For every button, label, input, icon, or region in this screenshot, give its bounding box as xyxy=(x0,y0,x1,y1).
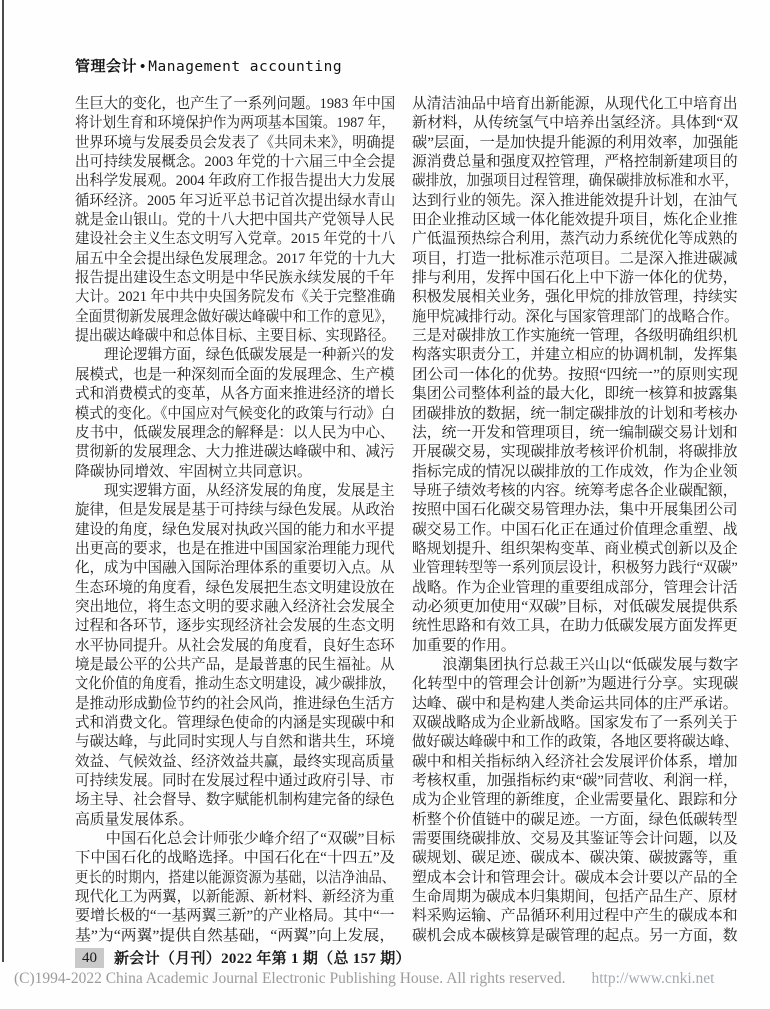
text-line: 可持续发展。同时在发展过程中通过政府引导、市 xyxy=(75,772,395,791)
text-line: 料采购运输、产品循环利用过程中产生的碳成本和 xyxy=(412,907,738,926)
text-line: 广低温预热综合利用，蒸汽动力系统优化等成熟的 xyxy=(412,230,738,249)
text-line: 模式的变化。《中国应对气候变化的政策与行动》白 xyxy=(75,405,395,424)
text-line: 做好碳达峰碳中和工作的政策，各地区要将碳达峰、 xyxy=(412,733,738,752)
text-line: 需要围绕碳排放、交易及其鉴证等会计问题，以及 xyxy=(412,830,738,849)
text-line: 导班子绩效考核的内容。统筹考虑各企业碳配额， xyxy=(412,482,738,501)
journal-page: 管理会计•Management accounting 生巨大的变化，也产生了一系… xyxy=(0,0,770,1009)
text-line: 积极发展相关业务，强化甲烷的排放管理，持续实 xyxy=(412,288,738,307)
text-line: 动必须更加使用“双碳”目标，对低碳发展提供系 xyxy=(412,598,738,617)
section-header: 管理会计•Management accounting xyxy=(75,55,715,76)
text-line: 水平协同提升。从社会发展的角度看，良好生态环 xyxy=(75,637,395,656)
text-line: 团公司一体化的优势。按照“四统一”的原则实现 xyxy=(412,366,738,385)
text-line: 效益、气候效益、经济效益共赢，最终实现高质量 xyxy=(75,753,395,772)
text-line: 新材料，从传统氢气中培养出氢经济。具体到“双 xyxy=(412,114,738,133)
text-line: 下中国石化的战略选择。中国石化在“十四五”及 xyxy=(75,849,395,868)
text-line: 浪潮集团执行总裁王兴山以“低碳发展与数字 xyxy=(412,656,738,675)
text-line: 生巨大的变化，也产生了一系列问题。1983 年中国 xyxy=(75,95,395,114)
text-line: 场主导、社会督导、数字赋能机制构建完备的绿色 xyxy=(75,791,395,810)
text-line: 从清洁油品中培育出新能源，从现代化工中培育出 xyxy=(412,95,738,114)
text-line: 境是最公平的公共产品，是最普惠的民生福祉。从 xyxy=(75,656,395,675)
text-line: 突出地位，将生态文明的要求融入经济社会发展全 xyxy=(75,598,395,617)
page-left-rule xyxy=(2,0,4,962)
text-line: 化转型中的管理会计创新”为题进行分享。实现碳 xyxy=(412,675,738,694)
text-line: 统性思路和有效工具，在助力低碳发展方面发挥更 xyxy=(412,617,738,636)
journal-issue-info: 新会计（月刊）2022 年第 1 期（总 157 期） xyxy=(114,947,411,968)
text-line: 按照中国石化碳交易管理办法，集中开展集团公司 xyxy=(412,501,738,520)
text-line: 碳规划、碳足迹、碳成本、碳决策、碳披露等，重 xyxy=(412,849,738,868)
text-line: 略规划提升、组织架构变革、商业模式创新以及企 xyxy=(412,540,738,559)
text-line: 建设的角度，绿色发展对执政兴国的能力和水平提 xyxy=(75,521,395,540)
text-line: 中国石化总会计师张少峰介绍了“双碳”目标 xyxy=(75,830,395,849)
text-line: 法，统一开发和管理项目，统一编制碳交易计划和 xyxy=(412,424,738,443)
page-footer: 40 新会计（月刊）2022 年第 1 期（总 157 期） xyxy=(75,947,715,968)
text-line: 指标完成的情况以碳排放的工作成效，作为企业领 xyxy=(412,463,738,482)
text-line: 是推动形成勤俭节约的社会风尚，推进绿色生活方 xyxy=(75,695,395,714)
text-line: 世界环境与发展委员会发表了《共同未来》，明确提 xyxy=(75,134,395,153)
section-title-cn: 管理会计 xyxy=(75,59,137,75)
text-line: 碳机会成本碳核算是碳管理的起点。另一方面，数 xyxy=(412,927,738,946)
text-line: 贯彻新的发展理念、大力推进碳达峰碳中和、减污 xyxy=(75,443,395,462)
text-line: 碳”层面，一是加快提升能源的利用效率，加强能 xyxy=(412,134,738,153)
text-line: 要增长极的“一基两翼三新”的产业格局。其中“一 xyxy=(75,907,395,926)
text-line: 建设社会主义生态文明写入党章。2015 年党的十八 xyxy=(75,230,395,249)
text-line: 达到行业的领先。深入推进能效提升计划，在油气 xyxy=(412,192,738,211)
text-line: 构落实职责分工，并建立相应的协调机制，发挥集 xyxy=(412,346,738,365)
text-line: 生命周期为碳成本归集期间，包括产品生产、原材 xyxy=(412,888,738,907)
text-line: 现代化工为两翼，以新能源、新材料、新经济为重 xyxy=(75,888,395,907)
text-line: 报告提出建设生态文明是中华民族永续发展的千年 xyxy=(75,269,395,288)
text-line: 项目，打造一批标准示范项目。二是深入推进碳减 xyxy=(412,250,738,269)
text-line: 式和消费文化。管理绿色使命的内涵是实现碳中和 xyxy=(75,714,395,733)
text-line: 将计划生育和环境保护作为两项基本国策。1987 年， xyxy=(75,114,395,133)
text-line: 出可持续发展概念。2003 年党的十六届三中全会提 xyxy=(75,153,395,172)
text-line: 生态环境的角度看，绿色发展把生态文明建设放在 xyxy=(75,579,395,598)
text-line: 基”为“两翼”提供自然基础，“两翼”向上发展， xyxy=(75,927,395,946)
text-line: 大计。2021 年中共中央国务院发布《关于完整准确 xyxy=(75,288,395,307)
text-line: 塑成本会计和管理会计。碳成本会计要以产品的全 xyxy=(412,869,738,888)
text-line: 析整个价值链中的碳足迹。一方面，绿色低碳转型 xyxy=(412,811,738,830)
article-column-right: 从清洁油品中培育出新能源，从现代化工中培育出新材料，从传统氢气中培养出氢经济。具… xyxy=(412,95,738,946)
text-line: 战略。作为企业管理的重要组成部分，管理会计活 xyxy=(412,579,738,598)
article-body: 生巨大的变化，也产生了一系列问题。1983 年中国将计划生育和环境保护作为两项基… xyxy=(75,95,738,946)
text-line: 展模式，也是一种深刻而全面的发展理念、生产模 xyxy=(75,366,395,385)
text-line: 过程和各环节，逐步实现经济社会发展的生态文明 xyxy=(75,617,395,636)
bullet-separator: • xyxy=(140,59,145,75)
text-line: 碳交易工作。中国石化正在通过价值理念重塑、战 xyxy=(412,521,738,540)
text-line: 与碳达峰，与此同时实现人与自然和谐共生，环境 xyxy=(75,733,395,752)
text-line: 源消费总量和强度双控管理，严格控制新建项目的 xyxy=(412,153,738,172)
text-line: 旋律，但是发展是基于可持续与绿色发展。从政治 xyxy=(75,501,395,520)
text-line: 考核权重，加强指标约束“碳”同营收、利润一样， xyxy=(412,772,738,791)
copyright-text: (C)1994-2022 China Academic Journal Elec… xyxy=(14,970,565,987)
text-line: 更长的时期内，搭建以能源资源为基础，以洁净油品、 xyxy=(75,869,395,888)
section-title-en: Management accounting xyxy=(148,59,342,75)
text-line: 团碳排放的数据，统一制定碳排放的计划和考核办 xyxy=(412,405,738,424)
text-line: 高质量发展体系。 xyxy=(75,811,395,830)
page-number-badge: 40 xyxy=(75,948,104,968)
text-line: 开展碳交易，实现碳排放考核评价机制，将碳排放 xyxy=(412,443,738,462)
text-line: 业管理转型等一系列顶层设计，积极努力践行“双碳” xyxy=(412,559,738,578)
cnki-url[interactable]: http://www.cnki.net xyxy=(591,970,714,987)
text-line: 加重要的作用。 xyxy=(412,637,738,656)
text-line: 皮书中，低碳发展理念的解释是：以人民为中心、 xyxy=(75,424,395,443)
text-line: 提出碳达峰碳中和总体目标、主要目标、实现路径。 xyxy=(75,327,395,346)
text-line: 成为企业管理的新维度，企业需要量化、跟踪和分 xyxy=(412,791,738,810)
text-line: 碳中和相关指标纳入经济社会发展评价体系，增加 xyxy=(412,753,738,772)
text-line: 循环经济。2005 年习近平总书记首次提出绿水青山 xyxy=(75,192,395,211)
text-line: 施甲烷减排行动。深化与国家管理部门的战略合作。 xyxy=(412,308,738,327)
copyright-line: (C)1994-2022 China Academic Journal Elec… xyxy=(14,970,762,988)
text-line: 理论逻辑方面，绿色低碳发展是一种新兴的发 xyxy=(75,346,395,365)
text-line: 化，成为中国融入国际治理体系的重要切入点。从 xyxy=(75,559,395,578)
text-line: 现实逻辑方面，从经济发展的角度，发展是主 xyxy=(75,482,395,501)
text-line: 达峰、碳中和是构建人类命运共同体的庄严承诺。 xyxy=(412,695,738,714)
text-line: 文化价值的角度看，推动生态文明建设，减少碳排放， xyxy=(75,675,395,694)
text-line: 双碳战略成为企业新战略。国家发布了一系列关于 xyxy=(412,714,738,733)
text-line: 式和消费模式的变革，从各方面来推进经济的增长 xyxy=(75,385,395,404)
text-line: 就是金山银山。党的十八大把中国共产党领导人民 xyxy=(75,211,395,230)
text-line: 全面贯彻新发展理念做好碳达峰碳中和工作的意见》， xyxy=(75,308,395,327)
article-column-left: 生巨大的变化，也产生了一系列问题。1983 年中国将计划生育和环境保护作为两项基… xyxy=(75,95,395,946)
text-line: 集团公司整体利益的最大化，即统一核算和披露集 xyxy=(412,385,738,404)
text-line: 碳排放，加强项目过程管理，确保碳排放标准和水平， xyxy=(412,172,738,191)
text-line: 三是对碳排放工作实施统一管理，各级明确组织机 xyxy=(412,327,738,346)
text-line: 出更高的要求，也是在推进中国国家治理能力现代 xyxy=(75,540,395,559)
text-line: 降碳协同增效、牢固树立共同意识。 xyxy=(75,463,395,482)
text-line: 田企业推动区域一体化能效提升项目，炼化企业推 xyxy=(412,211,738,230)
text-line: 届五中全会提出绿色发展理念。2017 年党的十九大 xyxy=(75,250,395,269)
text-line: 排与利用，发挥中国石化上中下游一体化的优势， xyxy=(412,269,738,288)
text-line: 出科学发展观。2004 年政府工作报告提出大力发展 xyxy=(75,172,395,191)
